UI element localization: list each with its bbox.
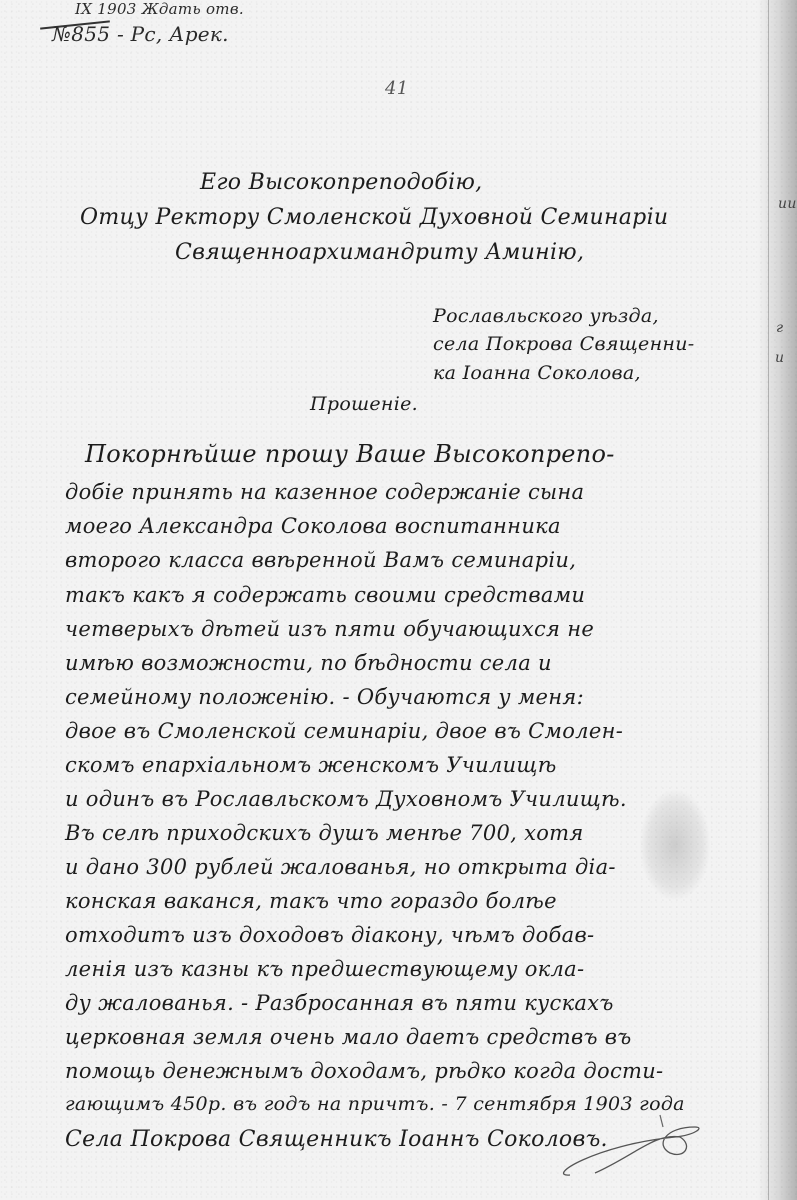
addressee-line-3: Священноархимандриту Аминію, [175,240,584,265]
document-page: IX 1903 Ждать отв. №855 - Рс, Арек. 41 Е… [0,0,797,1200]
body-line: имѣю возможности, по бѣдности села и [65,651,552,675]
body-line: отходитъ изъ доходовъ діакону, чѣмъ доба… [65,923,594,947]
sender-line-3: ка Іоанна Соколова, [433,362,641,384]
page-edge-line [768,0,769,1200]
archive-mark-number: №855 - Рс, Арек. [52,22,229,46]
body-line: второго класса ввѣренной Вамъ семинаріи, [65,548,576,572]
body-line: моего Александра Соколова воспитанника [65,514,561,538]
sender-line-1: Рославльского уѣзда, [433,305,659,327]
body-line: ленія изъ казны къ предшествующему окла- [65,957,584,981]
body-line: добіе принять на казенное содержаніе сын… [65,480,584,504]
addressee-line-1: Его Высокопреподобію, [200,170,482,195]
sender-line-2: села Покрова Священни- [433,333,694,355]
resolution-flourish-icon [535,1105,735,1185]
body-line: такъ какъ я содержать своими средствами [65,583,585,607]
body-line: двое въ Смоленской семинаріи, двое въ См… [65,719,623,743]
page-edge-shadow [757,0,797,1200]
body-line: семейному положенію. - Обучаются у меня: [65,685,584,709]
body-line: конская ваканся, такъ что гораздо болѣе [65,889,557,913]
body-line: ду жалованья. - Разбросанная въ пяти кус… [65,991,614,1015]
signature-line: Села Покрова Священникъ Іоаннъ Соколовъ. [65,1127,608,1152]
body-line: и одинъ въ Рославльскомъ Духовномъ Учили… [65,787,627,811]
faded-stamp [640,790,710,900]
body-line: Въ селѣ приходскихъ душъ менѣе 700, хотя [65,821,584,845]
body-line: четверыхъ дѣтей изъ пяти обучающихся не [65,617,594,641]
margin-note: г [776,320,783,336]
archive-mark-date: IX 1903 Ждать отв. [75,0,244,18]
page-number: 41 [385,78,409,99]
body-line: и дано 300 рублей жалованья, но открыта … [65,855,616,879]
margin-note: ии [778,196,797,212]
body-line: скомъ епархіальномъ женскомъ Училищѣ [65,753,557,777]
body-line: церковная земля очень мало даетъ средств… [65,1025,632,1049]
document-title: Прошеніе. [310,393,418,415]
margin-note: и [775,350,784,366]
addressee-line-2: Отцу Ректору Смоленской Духовной Семинар… [80,205,668,230]
body-line: Покорнѣйше прошу Ваше Высокопрепо- [85,440,615,468]
body-line: помощь денежнымъ доходамъ, рѣдко когда д… [65,1059,663,1083]
